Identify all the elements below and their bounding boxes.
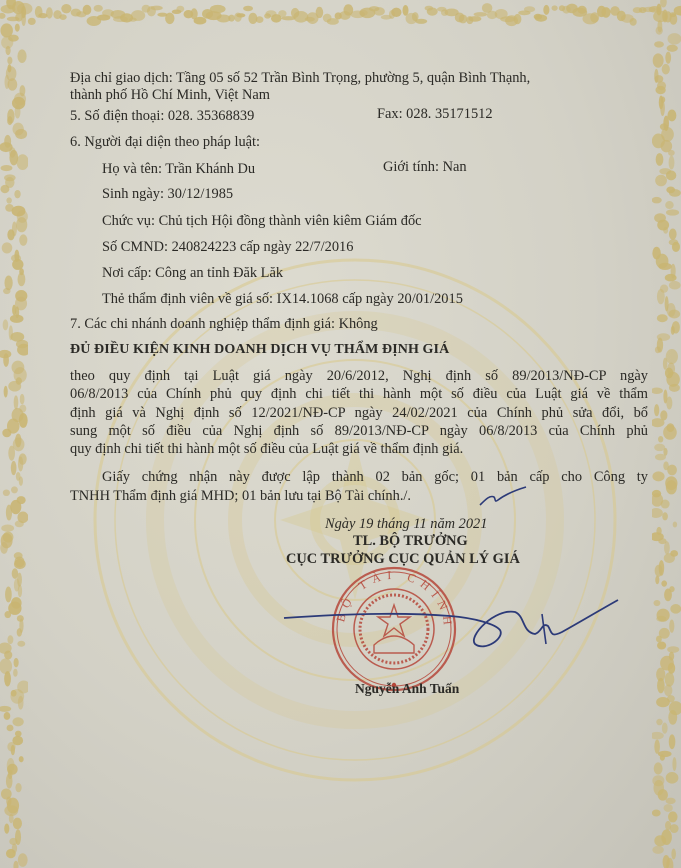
appraiser-card: Thẻ thẩm định viên về giá số: IX14.1068 … — [102, 290, 463, 308]
legal-basis-line: 06/8/2013 của Chính phủ quy định chi tiế… — [70, 385, 648, 403]
qualification-heading: ĐỦ ĐIỀU KIỆN KINH DOANH DỊCH VỤ THẨM ĐỊN… — [70, 341, 449, 359]
initial-tick-mark — [478, 485, 528, 510]
legal-basis-line: định giá và Nghị định số 12/2021/NĐ-CP n… — [70, 404, 648, 422]
representative-position: Chức vụ: Chủ tịch Hội đồng thành viên ki… — [102, 212, 422, 230]
legal-basis-line: quy định chi tiết thi hành một số điều c… — [70, 440, 463, 458]
representative-name: Họ và tên: Trần Khánh Du — [102, 160, 255, 178]
representative-dob: Sinh ngày: 30/12/1985 — [102, 185, 233, 203]
signer-name: Nguyễn Anh Tuấn — [355, 680, 459, 698]
left-ornamental-border — [0, 0, 28, 868]
representative-gender: Giới tính: Nan — [383, 158, 467, 176]
representative-id-number: Số CMND: 240824223 cấp ngày 22/7/2016 — [102, 238, 353, 256]
top-ornamental-border — [0, 0, 681, 30]
representative-id-issuer: Nơi cấp: Công an tỉnh Đăk Lăk — [102, 264, 283, 282]
address-line-1: Địa chỉ giao dịch: Tầng 05 số 52 Trần Bì… — [70, 69, 530, 87]
phone-number: 5. Số điện thoại: 028. 35368839 — [70, 107, 254, 125]
legal-basis-line: theo quy định tại Luật giá ngày 20/6/201… — [70, 367, 648, 385]
fax-number: Fax: 028. 35171512 — [377, 105, 493, 123]
right-ornamental-border — [652, 0, 681, 868]
issue-date: Ngày 19 tháng 11 năm 2021 — [325, 515, 487, 533]
address-line-2: thành phố Hồ Chí Minh, Việt Nam — [70, 86, 270, 104]
signer-title-1: TL. BỘ TRƯỞNG — [353, 532, 468, 550]
branches: 7. Các chi nhánh doanh nghiệp thẩm định … — [70, 315, 378, 333]
copies-line: TNHH Thẩm định giá MHD; 01 bản lưu tại B… — [70, 487, 411, 505]
legal-representative-heading: 6. Người đại diện theo pháp luật: — [70, 133, 260, 151]
copies-line: Giấy chứng nhận này được lập thành 02 bả… — [102, 468, 648, 486]
legal-basis-line: sung một số điều của Nghị định số 89/201… — [70, 422, 648, 440]
signature — [280, 570, 620, 680]
